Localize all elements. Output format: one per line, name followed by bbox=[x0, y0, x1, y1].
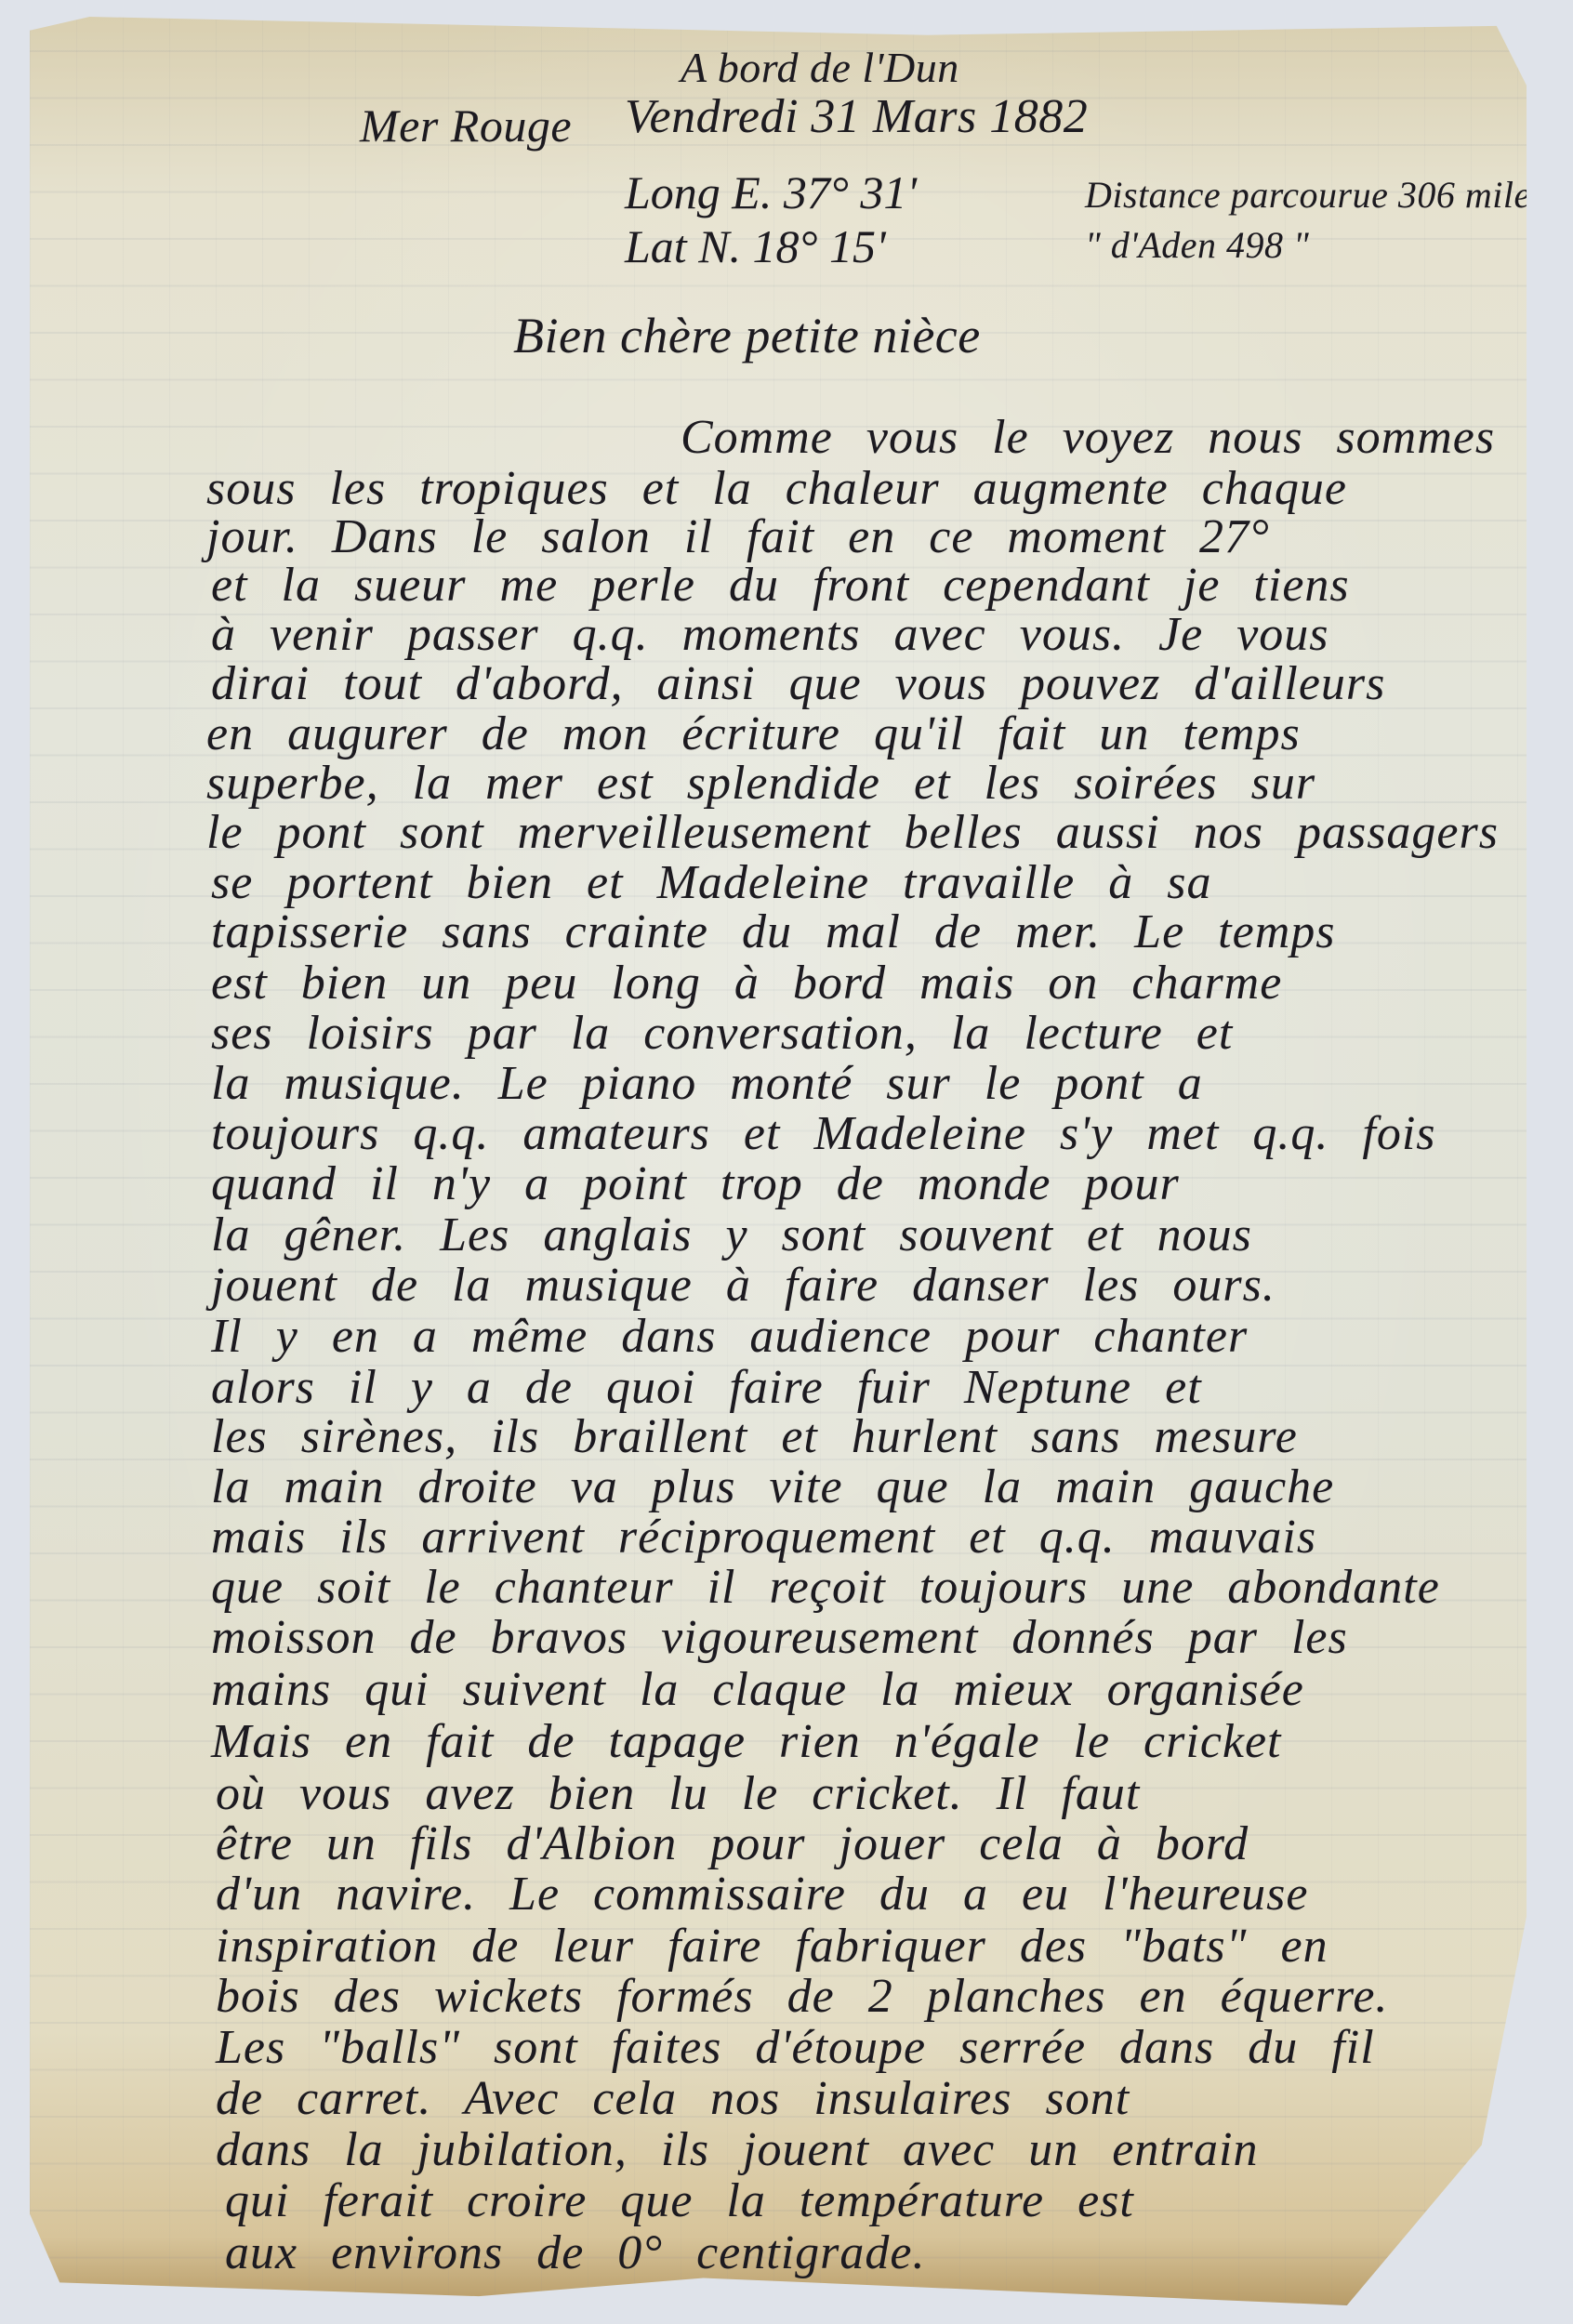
letter-paper: A bord de l'Dun Mer Rouge Vendredi 31 Ma… bbox=[30, 17, 1527, 2305]
body-line: mais ils arrivent réciproquement et q.q.… bbox=[211, 1510, 1316, 1565]
body-line: d'un navire. Le commissaire du a eu l'he… bbox=[216, 1867, 1308, 1921]
body-line: jouent de la musique à faire danser les … bbox=[211, 1258, 1276, 1313]
body-line: alors il y a de quoi faire fuir Neptune … bbox=[211, 1360, 1202, 1415]
body-line: où vous avez bien lu le cricket. Il faut bbox=[216, 1766, 1140, 1821]
distance-travelled: Distance parcourue 306 miles bbox=[1085, 173, 1546, 217]
body-line: toujours q.q. amateurs et Madeleine s'y … bbox=[211, 1106, 1436, 1161]
body-line: dans la jubilation, ils jouent avec un e… bbox=[216, 2122, 1258, 2177]
body-line: à venir passer q.q. moments avec vous. J… bbox=[211, 607, 1329, 662]
body-line: inspiration de leur faire fabriquer des … bbox=[216, 1919, 1328, 1974]
body-line: que soit le chanteur il reçoit toujours … bbox=[211, 1560, 1440, 1615]
body-line: être un fils d'Albion pour jouer cela à … bbox=[216, 1816, 1249, 1871]
salutation: Bien chère petite nièce bbox=[513, 307, 981, 364]
body-line: bois des wickets formés de 2 planches en… bbox=[216, 1969, 1388, 2024]
body-line: Mais en fait de tapage rien n'égale le c… bbox=[211, 1714, 1282, 1769]
body-line: en augurer de mon écriture qu'il fait un… bbox=[206, 706, 1301, 761]
body-line: est bien un peu long à bord mais on char… bbox=[211, 956, 1282, 1010]
body-line: Comme vous le voyez nous sommes bbox=[681, 410, 1495, 465]
body-line: tapisserie sans crainte du mal de mer. L… bbox=[211, 905, 1335, 959]
body-line: Il y en a même dans audience pour chante… bbox=[211, 1309, 1248, 1364]
body-line: jour. Dans le salon il fait en ce moment… bbox=[206, 509, 1270, 564]
body-line: de carret. Avec cela nos insulaires sont bbox=[216, 2071, 1130, 2126]
letter-sender-place: Mer Rouge bbox=[360, 99, 572, 152]
longitude: Long E. 37° 31' bbox=[625, 165, 917, 219]
body-line: dirai tout d'abord, ainsi que vous pouve… bbox=[211, 656, 1385, 711]
body-line: se portent bien et Madeleine travaille à… bbox=[211, 855, 1211, 910]
body-line: sous les tropiques et la chaleur augment… bbox=[206, 461, 1347, 516]
body-line: la musique. Le piano monté sur le pont a bbox=[211, 1056, 1203, 1111]
body-line: la gêner. Les anglais y sont souvent et … bbox=[211, 1208, 1252, 1262]
body-line: superbe, la mer est splendide et les soi… bbox=[206, 756, 1315, 811]
latitude: Lat N. 18° 15' bbox=[625, 219, 886, 273]
body-line: quand il n'y a point trop de monde pour bbox=[211, 1156, 1180, 1211]
body-line: ses loisirs par la conversation, la lect… bbox=[211, 1006, 1233, 1061]
distance-aden: " d'Aden 498 " bbox=[1085, 223, 1309, 267]
body-line: le pont sont merveilleusement belles aus… bbox=[206, 805, 1499, 860]
letter-date: Vendredi 31 Mars 1882 bbox=[625, 89, 1088, 144]
body-line: les sirènes, ils braillent et hurlent sa… bbox=[211, 1409, 1298, 1464]
body-line: moisson de bravos vigoureusement donnés … bbox=[211, 1610, 1348, 1665]
body-line: mains qui suivent la claque la mieux org… bbox=[211, 1662, 1304, 1717]
body-line: qui ferait croire que la température est bbox=[225, 2173, 1134, 2228]
body-line: et la sueur me perle du front cependant … bbox=[211, 558, 1350, 613]
letter-location: A bord de l'Dun bbox=[681, 43, 959, 92]
body-line: aux environs de 0° centigrade. bbox=[225, 2225, 925, 2280]
body-line: Les "balls" sont faites d'étoupe serrée … bbox=[216, 2020, 1375, 2075]
body-line: la main droite va plus vite que la main … bbox=[211, 1459, 1334, 1514]
